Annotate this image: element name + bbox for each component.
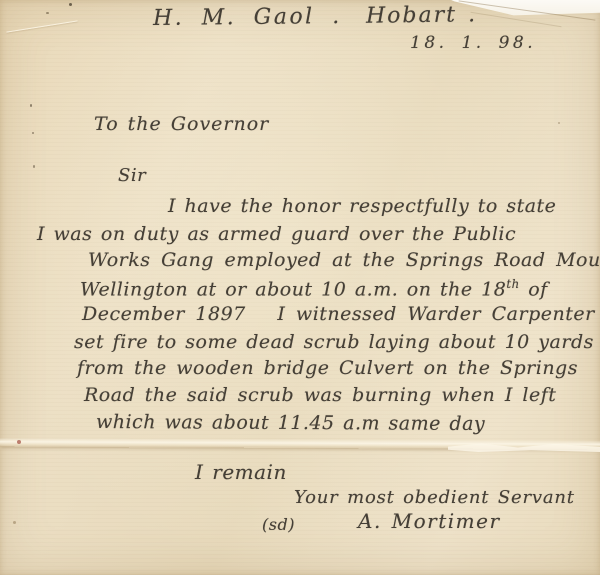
ordinal-superscript: th xyxy=(506,277,519,291)
body-line-7: from the wooden bridge Culvert on the Sp… xyxy=(77,357,578,379)
body-line-4-text: Wellington at or about 10 a.m. on the 18 xyxy=(80,278,506,300)
closing-i-remain: I remain xyxy=(195,460,287,484)
header-date: 18. 1. 98. xyxy=(410,33,536,53)
recipient-line: To the Governor xyxy=(94,113,269,135)
body-line-2: I was on duty as armed guard over the Pu… xyxy=(37,223,516,245)
body-line-8: Road the said scrub was burning when I l… xyxy=(84,384,556,406)
corner-crease xyxy=(6,20,77,32)
ink-speck xyxy=(46,12,49,14)
body-line-6: set fire to some dead scrub laying about… xyxy=(74,331,594,353)
body-line-3: Works Gang employed at the Springs Road … xyxy=(88,249,600,271)
ink-speck xyxy=(69,3,72,6)
salutation-line: Sir xyxy=(118,165,146,186)
body-line-4-tail: of xyxy=(520,278,548,300)
header-city: Hobart . xyxy=(366,2,477,29)
signed-marker: (sd) xyxy=(262,515,295,534)
paper-speck xyxy=(13,521,16,524)
paper-speck xyxy=(558,122,560,124)
signature: A. Mortimer xyxy=(358,509,501,533)
closing-valediction: Your most obedient Servant xyxy=(294,487,575,508)
body-line-5: December 1897 I witnessed Warder Carpent… xyxy=(82,303,595,325)
body-line-1: I have the honor respectfully to state xyxy=(168,195,556,217)
header-institution: H. M. Gaol . xyxy=(153,4,342,31)
ink-speck xyxy=(32,132,34,134)
red-speck xyxy=(17,440,21,444)
ink-speck xyxy=(33,165,35,168)
body-line-9: which was about 11.45 a.m same day xyxy=(96,411,485,435)
letter-scan: H. M. Gaol . Hobart . 18. 1. 98. To the … xyxy=(0,0,600,575)
body-line-4: Wellington at or about 10 a.m. on the 18… xyxy=(80,277,548,300)
ink-speck xyxy=(30,104,32,107)
